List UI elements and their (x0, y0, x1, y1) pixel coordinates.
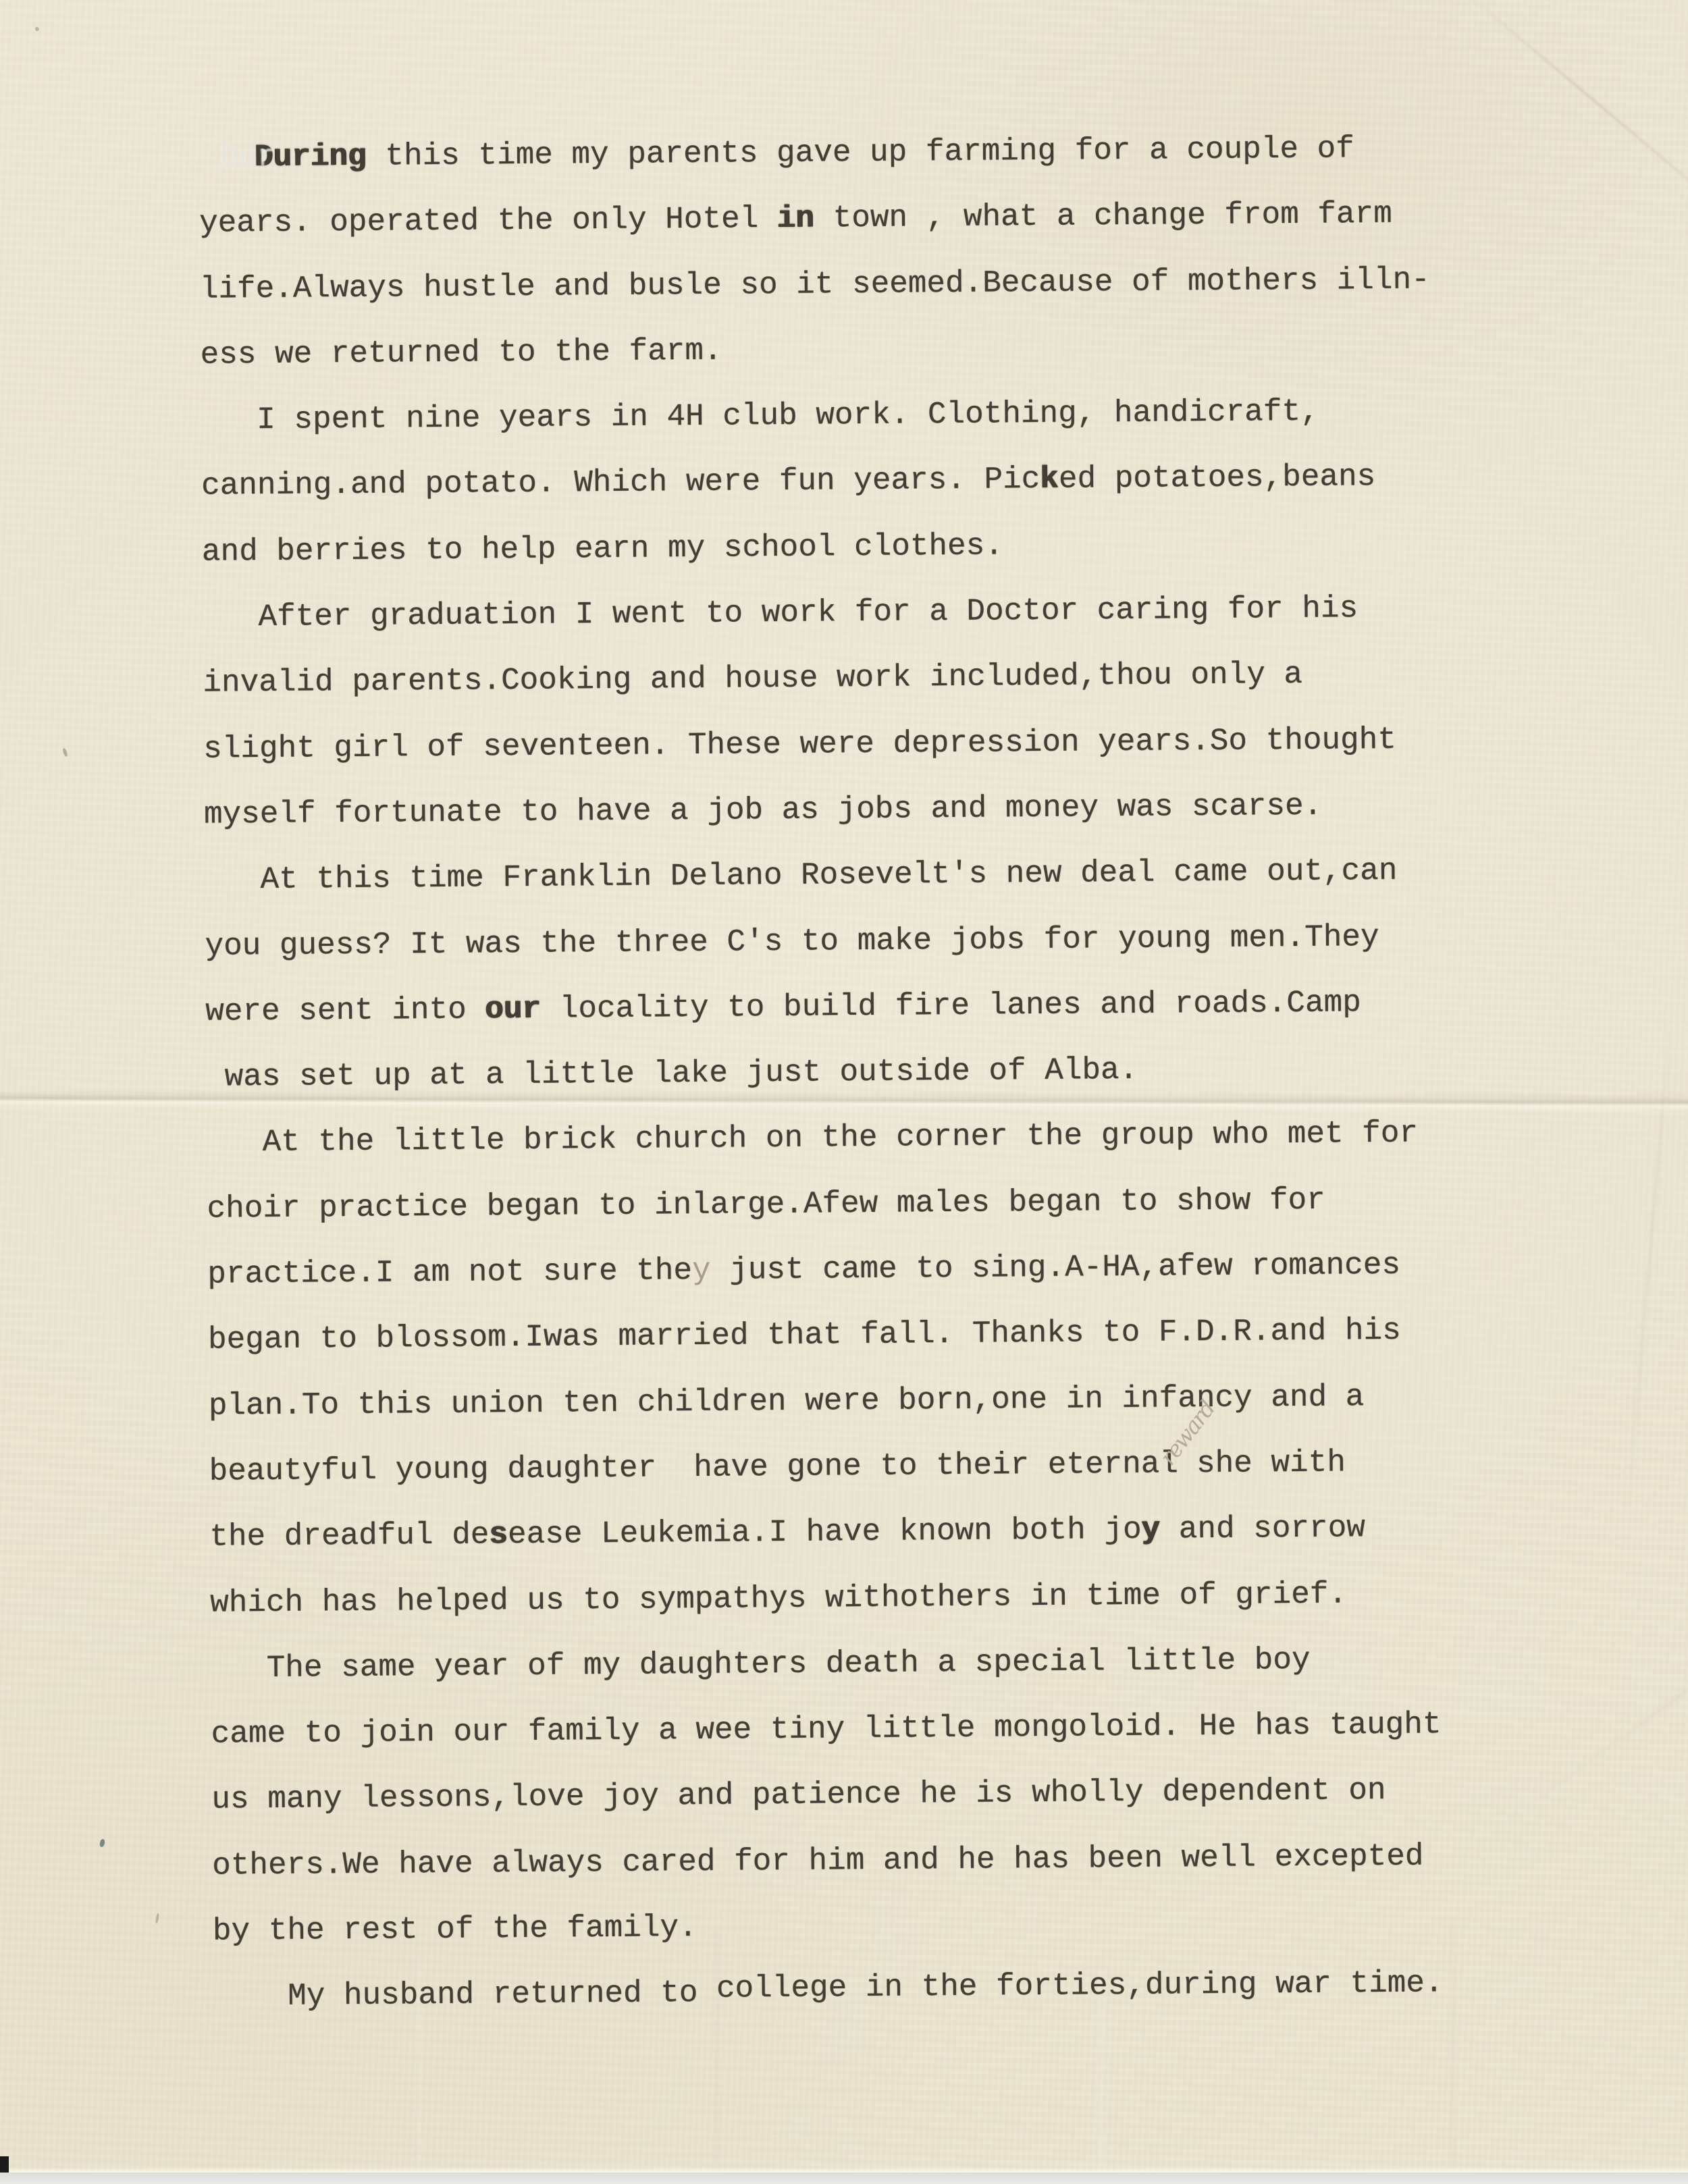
typed-text-block: DurDuring this time my parents gave up f… (199, 115, 1530, 2030)
overstruck-text: k (1040, 462, 1059, 497)
typed-segment: life.Always hustle and busle so it seeme… (200, 262, 1430, 307)
typed-segment: which has helped us to sympathys withoth… (210, 1576, 1347, 1620)
typed-segment: began to blossom.Iwas married that fall.… (208, 1313, 1401, 1358)
typed-segment: practice.I am not sure the (207, 1253, 692, 1292)
overstruck-text: y (1141, 1512, 1160, 1547)
typed-segment: were sent into (205, 992, 485, 1029)
typed-line: came to join our family a wee tiny littl… (211, 1691, 1528, 1767)
typed-segment: ess we returned to the farm. (200, 334, 722, 373)
typed-segment: canning.and potato. Which were fun years… (201, 462, 1040, 504)
typed-line: was set up at a little lake just outside… (206, 1035, 1523, 1111)
scan-edge-mark (0, 2156, 9, 2174)
typed-segment: ed potatoes,beans (1059, 460, 1376, 498)
typed-line: life.Always hustle and busle so it seeme… (199, 246, 1516, 323)
typed-line: ess we returned to the farm. (200, 312, 1517, 388)
typed-line: The same year of my daughters death a sp… (211, 1626, 1528, 1702)
typed-segment: and berries to help earn my school cloth… (202, 528, 1003, 569)
typed-segment: choir practice began to inlarge.Afew mal… (207, 1182, 1325, 1226)
typed-segment: just came to sing.A-HA,afew romances (710, 1248, 1400, 1288)
pencil-correction-char: y (692, 1253, 711, 1288)
typed-line: others.We have always cared for him and … (212, 1823, 1529, 1899)
typed-segment: At the little brick church on the corner… (207, 1116, 1419, 1161)
typed-segment: town , what a change from farm (814, 196, 1392, 236)
erased-ghost-text: Dur (219, 125, 220, 190)
typed-segment: came to join our family a wee tiny littl… (211, 1707, 1441, 1751)
overstruck-text: our (485, 992, 541, 1028)
typed-segment: was set up at a little lake just outside… (206, 1053, 1138, 1095)
typed-line: plan.To this union ten children were bor… (208, 1363, 1525, 1439)
overstruck-text: s (489, 1517, 508, 1552)
typed-line: you guess? It was the three C's to make … (205, 903, 1522, 980)
typed-segment: years. operated the only Hotel (199, 201, 777, 241)
typed-line: canning.and potato. Which were fun years… (201, 444, 1519, 520)
typed-segment: At this time Franklin Delano Rosevelt's … (205, 853, 1398, 898)
scanner-bed-strip (0, 2173, 1688, 2184)
typed-segment: After graduation I went to work for a Do… (202, 591, 1358, 635)
pencil-speck (155, 1913, 160, 1923)
typed-line: invalid parents.Cooking and house work i… (203, 641, 1520, 717)
typed-segment: My husband returned to (213, 1975, 717, 2015)
overstruck-text: in (777, 201, 815, 236)
typed-line: years. operated the only Hotel in town ,… (199, 181, 1516, 257)
typed-line: and berries to help earn my school cloth… (202, 509, 1519, 585)
typed-segment: us many lessons,love joy and patience he… (211, 1773, 1386, 1817)
typed-line: After graduation I went to work for a Do… (202, 575, 1519, 651)
typed-segment: by the rest of the family. (213, 1910, 697, 1949)
typed-line: My husband returned to college in the fo… (213, 1954, 1530, 2031)
typed-line: which has helped us to sympathys withoth… (210, 1560, 1527, 1636)
typed-segment: I spent nine years in 4H club work. Clot… (201, 394, 1319, 438)
typed-line: us many lessons,love joy and patience he… (211, 1757, 1529, 1834)
ink-speck (99, 1838, 106, 1847)
typed-segment: slight girl of seventeen. These were dep… (203, 722, 1396, 766)
typed-segment: this time my parents gave up farming for… (367, 131, 1354, 174)
typed-segment: you guess? It was the three C's to make … (205, 920, 1379, 964)
typed-line: the dreadful desease Leukemia.I have kno… (209, 1495, 1527, 1571)
typed-line: I spent nine years in 4H club work. Clot… (201, 378, 1518, 454)
typed-segment: myself fortunate to have a job as jobs a… (204, 789, 1323, 832)
right-edge-wrinkle (1627, 1000, 1673, 1511)
typed-segment: beautyful young daughter have gone to th… (209, 1446, 1178, 1489)
typed-line: choir practice began to inlarge.Afew mal… (207, 1166, 1524, 1242)
typed-segment: and sorrow (1160, 1510, 1365, 1547)
typed-segment: ease Leukemia.I have known both jo (508, 1512, 1142, 1552)
bottom-right-wrinkle (1506, 1690, 1687, 1822)
typed-segment: The same year of my daughters death a sp… (211, 1643, 1311, 1686)
typed-segment: invalid parents.Cooking and house work i… (203, 657, 1302, 701)
typed-segment: she with (1196, 1445, 1346, 1481)
typed-segment: the dreadful de (209, 1518, 489, 1555)
typed-line: began to blossom.Iwas married that fall.… (208, 1298, 1525, 1374)
scanned-paper-sheet: DurDuring this time my parents gave up f… (0, 0, 1688, 2173)
typed-segment: college in the forties,during war time. (716, 1966, 1444, 2006)
typed-line: by the rest of the family. (213, 1888, 1530, 1965)
typed-line: slight girl of seventeen. These were dep… (203, 706, 1521, 782)
typed-line: At this time Franklin Delano Rosevelt's … (204, 838, 1521, 914)
typed-line: beautyful young daughter have gone to th… (209, 1429, 1526, 1505)
typed-line: practice.I am not sure they just came to… (207, 1231, 1525, 1308)
pencil-speck (62, 748, 68, 757)
typed-line: myself fortunate to have a job as jobs a… (204, 772, 1521, 848)
typed-segment: locality to build fire lanes and roads.C… (541, 985, 1361, 1027)
typed-line: were sent into our locality to build fir… (205, 969, 1523, 1045)
typed-line: DurDuring this time my parents gave up f… (199, 115, 1516, 191)
paper-speck (35, 27, 39, 31)
typed-segment: others.We have always cared for him and … (212, 1838, 1424, 1883)
typed-line: At the little brick church on the corner… (206, 1100, 1523, 1177)
